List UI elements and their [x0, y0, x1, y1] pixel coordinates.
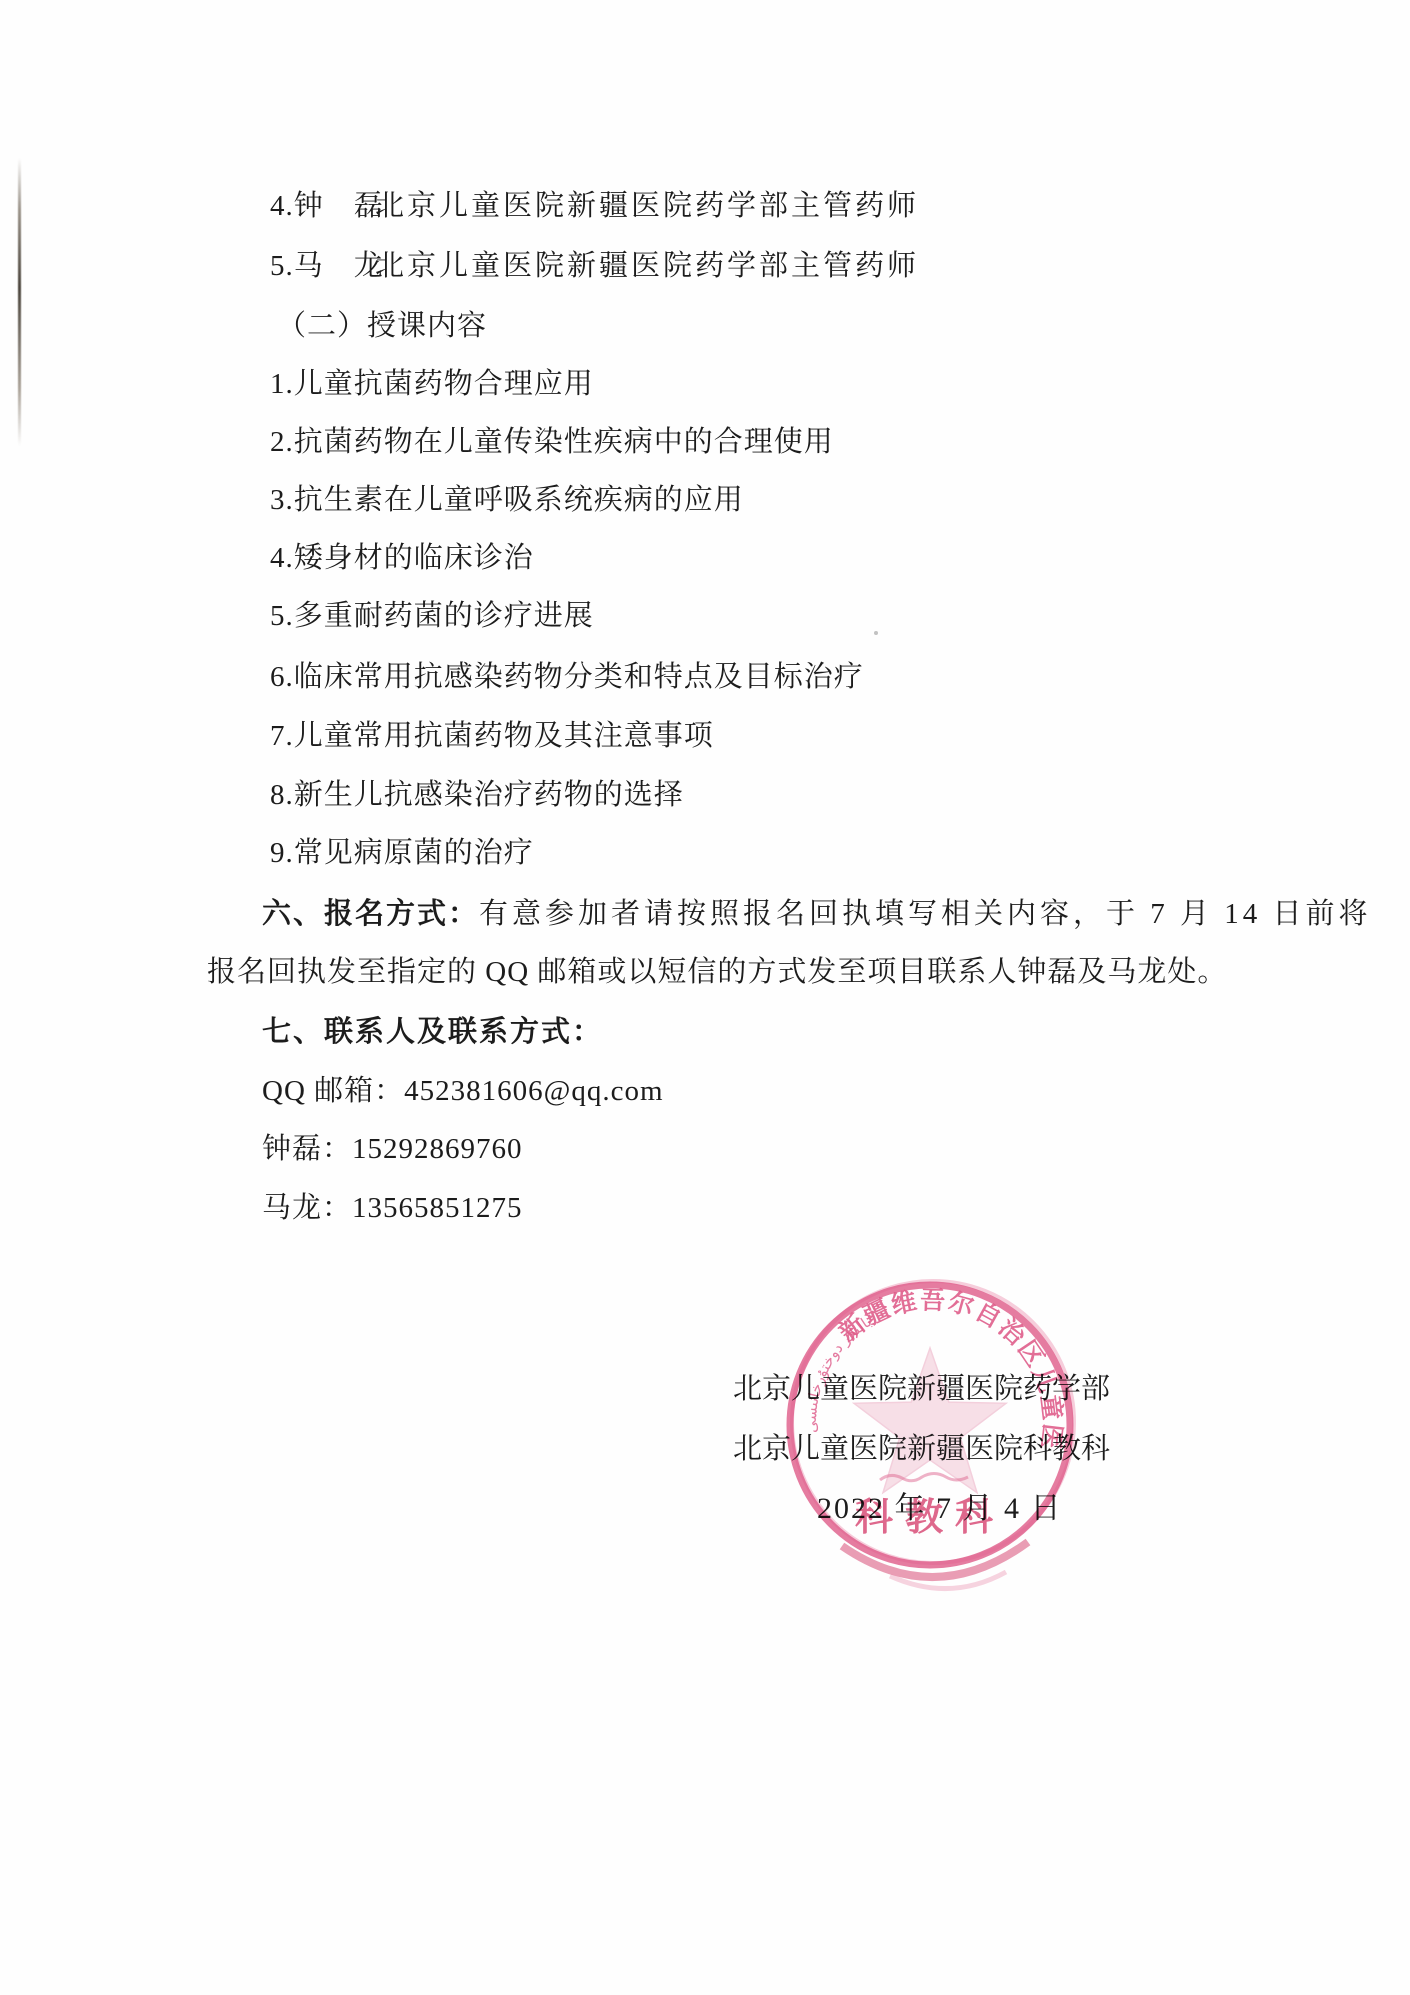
official-seal-stamp: ﺑﺎﻟﯩﻼﺭ ﺩﻭﺧﺘﯘﺭﺧﺎﻧﯩﺴﻰ 新疆维吾尔自治区儿童医院 科教科 [770, 1258, 1100, 1614]
registration-line-1: 六、报名方式：有意参加者请按照报名回执填写相关内容，于 7 月 14 日前将 [262, 898, 1372, 931]
topic-item-8: 8.新生儿抗感染治疗药物的选择 [270, 779, 684, 812]
lecturer-5-affiliation: 北京儿童医院新疆医院药学部主管药师 [375, 250, 919, 283]
topic-item-1: 1.儿童抗菌药物合理应用 [270, 368, 594, 401]
topic-item-4: 4.矮身材的临床诊治 [270, 542, 534, 575]
document-page: 4.钟 磊 北京儿童医院新疆医院药学部主管药师 5.马 龙 北京儿童医院新疆医院… [0, 0, 1410, 1995]
seal-star-icon [854, 1348, 1006, 1493]
scan-artifact-line [18, 158, 21, 446]
topic-item-7: 7.儿童常用抗菌药物及其注意事项 [270, 720, 714, 753]
topic-item-5: 5.多重耐药菌的诊疗进展 [270, 600, 594, 633]
lecturer-5-name: 5.马 龙 [270, 250, 384, 283]
seal-center-text: 科教科 [855, 1497, 1005, 1539]
scan-speck [874, 631, 878, 635]
registration-line-1-text: 有意参加者请按照报名回执填写相关内容，于 7 月 14 日前将 [479, 898, 1372, 930]
topic-item-6: 6.临床常用抗感染药物分类和特点及目标治疗 [270, 661, 864, 694]
topic-item-2: 2.抗菌药物在儿童传染性疾病中的合理使用 [270, 426, 834, 459]
contact-malong-phone: 马龙：13565851275 [262, 1192, 523, 1225]
registration-heading: 六、报名方式： [262, 898, 479, 930]
lecturer-4-name: 4.钟 磊 [270, 190, 384, 223]
section-2-heading: （二）授课内容 [277, 310, 487, 343]
lecturer-4-affiliation: 北京儿童医院新疆医院药学部主管药师 [375, 190, 919, 223]
contact-qq-email: QQ 邮箱：452381606@qq.com [262, 1075, 664, 1108]
topic-item-9: 9.常见病原菌的治疗 [270, 837, 534, 870]
contact-heading: 七、联系人及联系方式： [262, 1016, 603, 1049]
registration-line-2: 报名回执发至指定的 QQ 邮箱或以短信的方式发至项目联系人钟磊及马龙处。 [207, 956, 1227, 989]
topic-item-3: 3.抗生素在儿童呼吸系统疾病的应用 [270, 484, 744, 517]
contact-zhonglei-phone: 钟磊：15292869760 [262, 1133, 523, 1166]
